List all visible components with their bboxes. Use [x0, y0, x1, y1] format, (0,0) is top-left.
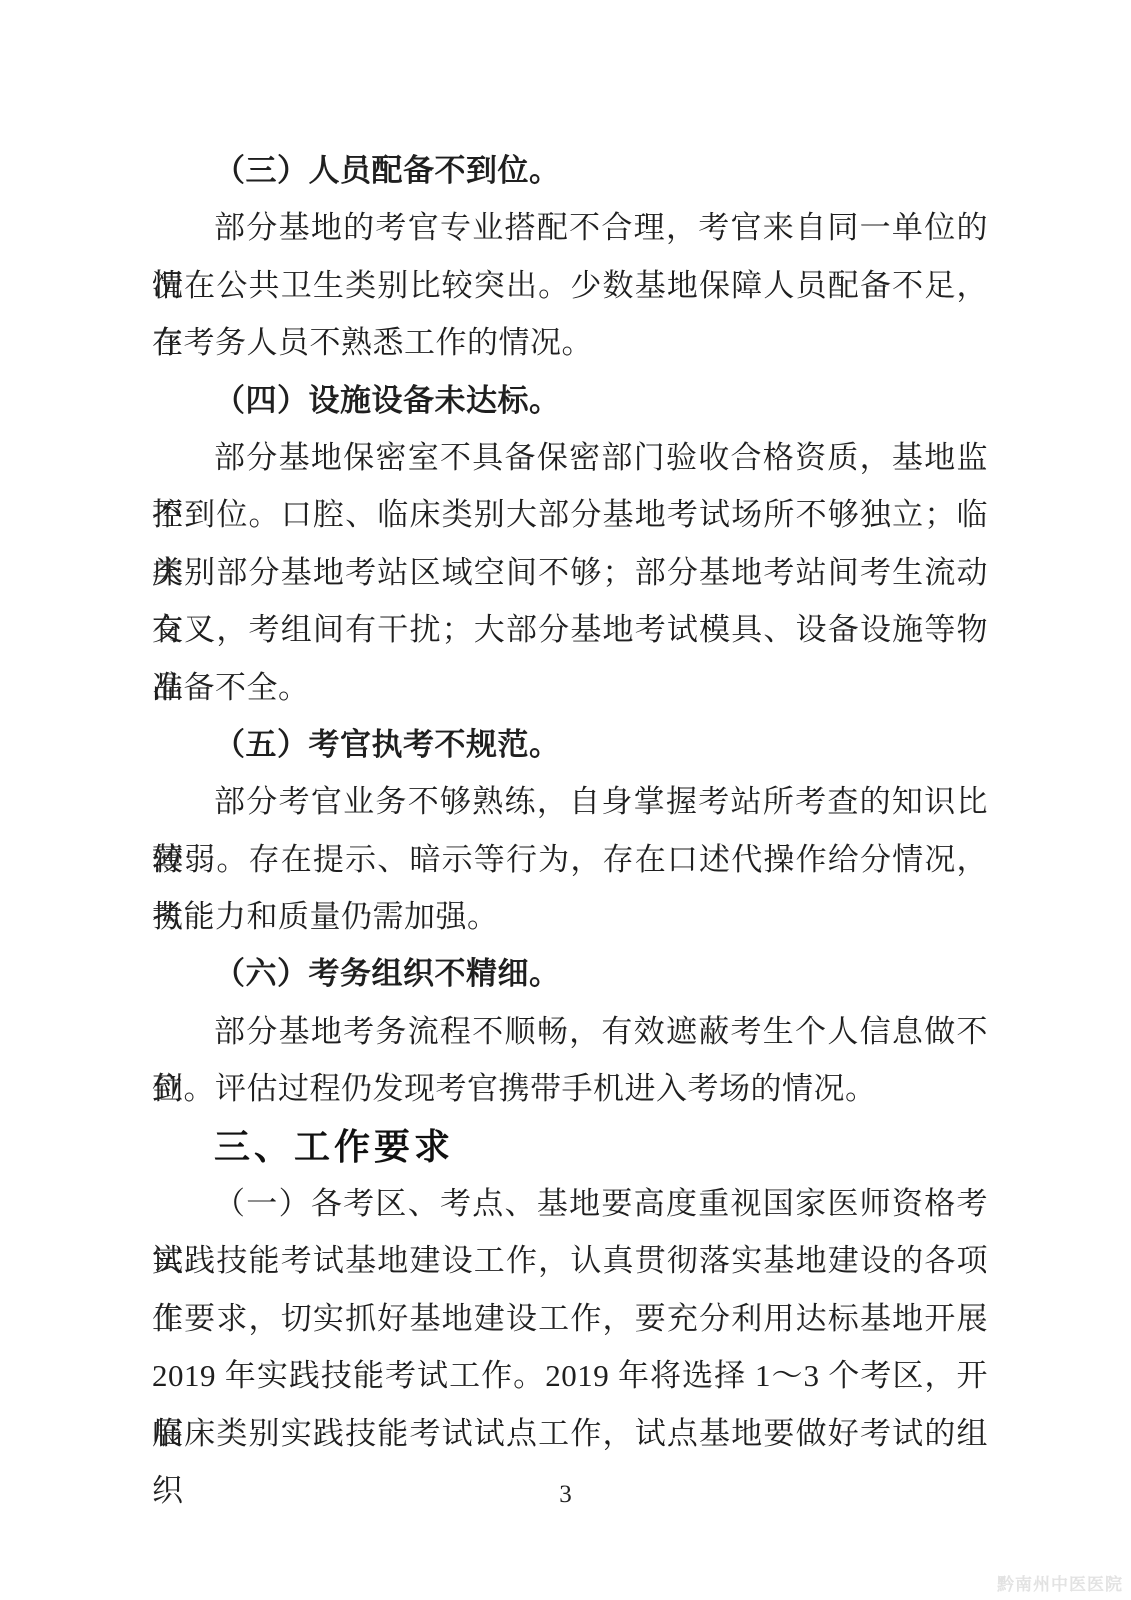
text-line: 准备不全。 [152, 659, 988, 716]
text-line: 不到位。口腔、临床类别大部分基地考试场所不够独立；临床 [152, 486, 988, 543]
subsection-heading: （五）考官执考不规范。 [152, 716, 988, 773]
subsection-heading: （四）设施设备未达标。 [152, 372, 988, 429]
text-line: 部分基地的考官专业搭配不合理，考官来自同一单位的情 [152, 199, 988, 256]
watermark: 黔南州中医医院 [997, 1575, 1123, 1595]
text-line: 部分基地保密室不具备保密部门验收合格资质，基地监控 [152, 429, 988, 486]
text-line: 况在公共卫生类别比较突出。少数基地保障人员配备不足，存 [152, 257, 988, 314]
text-line: （一）各考区、考点、基地要高度重视国家医师资格考试 [152, 1175, 988, 1232]
text-line: 作要求，切实抓好基地建设工作，要充分利用达标基地开展 [152, 1290, 988, 1347]
text-line: 部分基地考务流程不顺畅，有效遮蔽考生个人信息做不到 [152, 1003, 988, 1060]
text-line: 薄弱。存在提示、暗示等行为，存在口述代操作给分情况，执 [152, 831, 988, 888]
text-line: 位。评估过程仍发现考官携带手机进入考场的情况。 [152, 1060, 988, 1117]
text-line: 交叉，考组间有干扰；大部分基地考试模具、设备设施等物品 [152, 601, 988, 658]
text-line: 2019 年实践技能考试工作。2019 年将选择 1～3 个考区，开展 [152, 1347, 988, 1404]
page-number: 3 [0, 1477, 1131, 1513]
text-line: 考能力和质量仍需加强。 [152, 888, 988, 945]
document-body: （三）人员配备不到位。部分基地的考官专业搭配不合理，考官来自同一单位的情况在公共… [152, 142, 988, 1462]
section-heading: 三、工作要求 [152, 1118, 988, 1175]
subsection-heading: （三）人员配备不到位。 [152, 142, 988, 199]
subsection-heading: （六）考务组织不精细。 [152, 945, 988, 1002]
text-line: 实践技能考试基地建设工作，认真贯彻落实基地建设的各项工 [152, 1232, 988, 1289]
text-line: 在考务人员不熟悉工作的情况。 [152, 314, 988, 371]
text-line: 类别部分基地考站区域空间不够；部分基地考站间考生流动有 [152, 544, 988, 601]
text-line: 部分考官业务不够熟练，自身掌握考站所考查的知识比较 [152, 773, 988, 830]
document-page: （三）人员配备不到位。部分基地的考官专业搭配不合理，考官来自同一单位的情况在公共… [0, 0, 1131, 1600]
text-line: 临床类别实践技能考试试点工作，试点基地要做好考试的组织 [152, 1405, 988, 1462]
